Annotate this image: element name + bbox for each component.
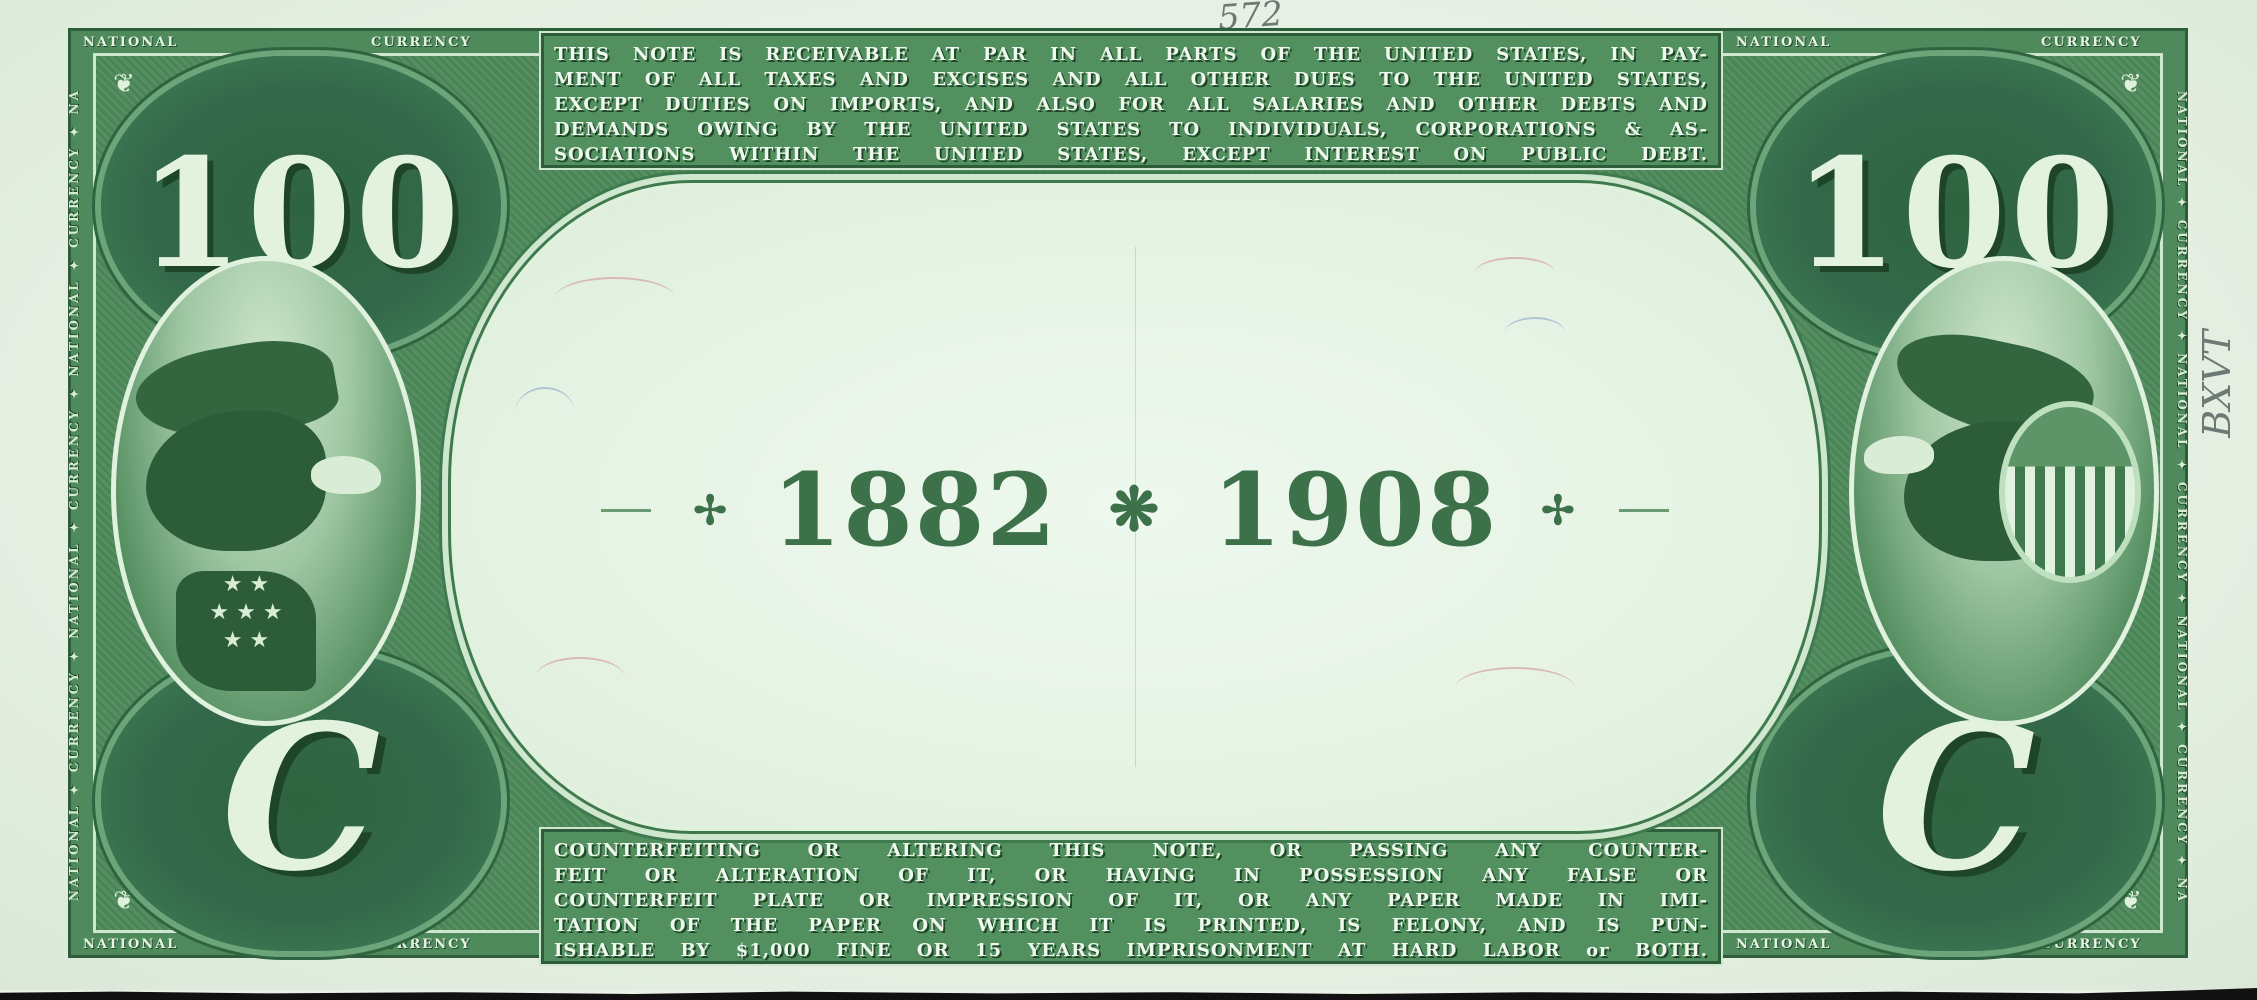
warning-line: COUNTERFEITING OR ALTERING THIS NOTE, OR… [554, 838, 1708, 863]
border-label-national-top-right: NATIONAL [1736, 35, 1831, 50]
eagle-vignette-right [1849, 256, 2159, 726]
corner-ornament-icon: ❦ [109, 69, 139, 99]
center-date-panel: ✢ 1882 ❋ 1908 ✢ [451, 183, 1819, 831]
ink-scribble [1455, 667, 1575, 709]
warning-line: COUNTERFEIT PLATE OR IMPRESSION OF IT, O… [554, 888, 1708, 913]
banknote-engraving: NATIONAL CURRENCY NATIONAL CURRENCY NATI… [68, 28, 2188, 958]
year-start: 1882 [772, 451, 1058, 569]
receivable-clause-line: DEMANDS OWING BY THE UNITED STATES TO IN… [554, 117, 1708, 142]
handwritten-margin-note: BXVT [2195, 330, 2239, 438]
eagle-head-icon [311, 456, 381, 494]
eagle-head-icon [1864, 436, 1934, 474]
border-label-currency-bottom-right: CURRENCY [2041, 937, 2142, 952]
border-label-national-bottom-left: NATIONAL [83, 937, 178, 952]
border-label-currency-top-right: CURRENCY [2041, 35, 2142, 50]
date-row: ✢ 1882 ❋ 1908 ✢ [455, 442, 1815, 569]
ink-scribble [1505, 317, 1565, 349]
flag-stars-icon: ★ ★★ ★ ★★ ★ [176, 571, 316, 691]
receivable-clause-line: MENT OF ALL TAXES AND EXCISES AND ALL OT… [554, 67, 1708, 92]
flourish-right-icon: ✢ [1541, 487, 1577, 534]
vertical-border-text-left: NATIONAL ✦ CURRENCY ✦ NATIONAL ✦ CURRENC… [67, 91, 85, 901]
border-label-national-bottom-right: NATIONAL [1736, 937, 1831, 952]
rule-left [601, 509, 651, 512]
receivable-clause-line: SOCIATIONS WITHIN THE UNITED STATES, EXC… [554, 142, 1708, 167]
warning-line: ISHABLE BY $1,000 FINE OR 15 YEARS IMPRI… [554, 938, 1708, 963]
banknote-paper: 572 BXVT NATIONAL CURRENCY NATIONAL CURR… [0, 0, 2257, 990]
border-label-national-top-left: NATIONAL [83, 35, 178, 50]
eagle-body-icon [146, 411, 326, 551]
rule-right [1619, 509, 1669, 512]
denomination-letter: C [1756, 681, 2156, 916]
flourish-left-icon: ✢ [693, 487, 729, 534]
receivable-clause-line: EXCEPT DUTIES ON IMPORTS, AND ALSO FOR A… [554, 92, 1708, 117]
shield-icon [1999, 401, 2141, 583]
corner-ornament-icon: ❦ [2116, 69, 2146, 99]
warning-line: FEIT OR ALTERATION OF IT, OR HAVING IN P… [554, 863, 1708, 888]
warning-line: TATION OF THE PAPER ON WHICH IT IS PRINT… [554, 913, 1708, 938]
ink-scribble [535, 657, 625, 699]
ink-scribble [1475, 257, 1555, 289]
ink-scribble [515, 387, 575, 439]
receivable-clause-line: THIS NOTE IS RECEIVABLE AT PAR IN ALL PA… [554, 42, 1708, 67]
eagle-vignette-left: ★ ★★ ★ ★★ ★ [111, 256, 421, 726]
ink-scribble [555, 277, 675, 319]
receivable-clause-panel: THIS NOTE IS RECEIVABLE AT PAR IN ALL PA… [541, 33, 1721, 168]
year-end: 1908 [1212, 451, 1498, 569]
counterfeiting-warning-panel: COUNTERFEITING OR ALTERING THIS NOTE, OR… [541, 829, 1721, 964]
vertical-border-text-right: NATIONAL ✦ CURRENCY ✦ NATIONAL ✦ CURRENC… [2171, 91, 2189, 901]
border-label-currency-top-left: CURRENCY [371, 35, 472, 50]
central-flourish-icon: ❋ [1109, 475, 1161, 545]
